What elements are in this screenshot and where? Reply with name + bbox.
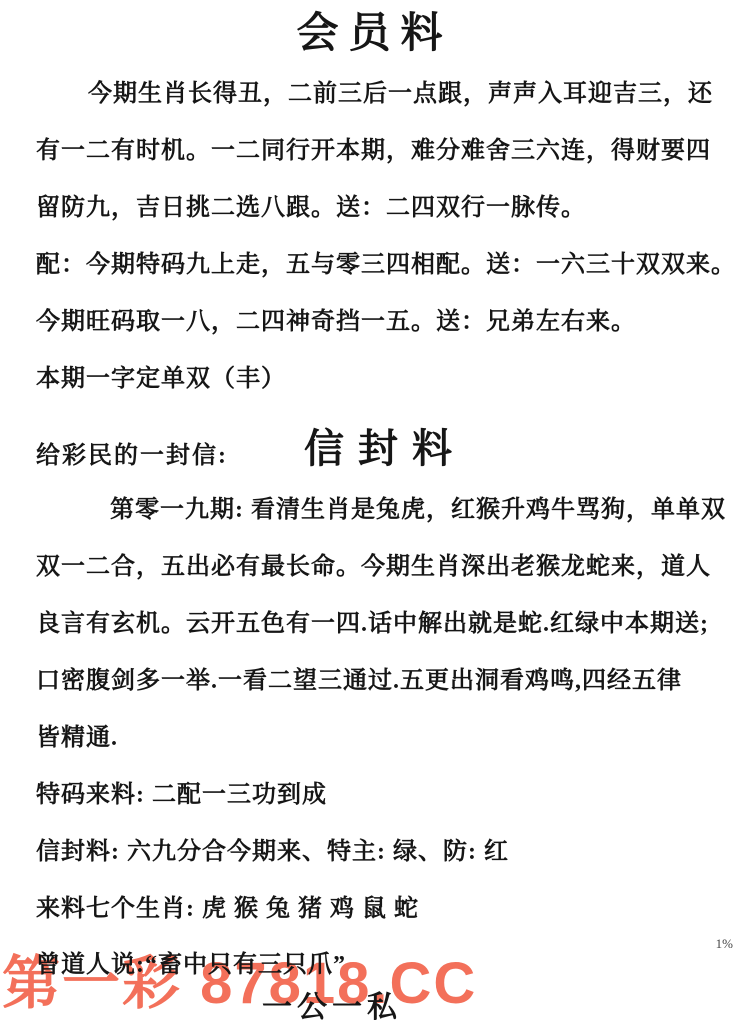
text-line: 皆精通. bbox=[36, 710, 749, 767]
footer-quote-line: 曾道人说:“畜中只有三只爪” bbox=[36, 944, 346, 979]
text-line: 今期生肖长得丑，二前三后一点跟，声声入耳迎吉三，还 bbox=[88, 66, 749, 123]
text-line: 本期一字定单双（丰） bbox=[36, 351, 749, 408]
text-line: 良言有玄机。云开五色有一四.话中解出就是蛇.红绿中本期送; bbox=[36, 596, 749, 653]
text-line: 来料七个生肖: 虎 猴 兔 猪 鸡 鼠 蛇 bbox=[36, 881, 749, 938]
footer-area: 曾道人说:“畜中只有三只爪” 1% 第一彩 87818.CC 一公一私 bbox=[0, 938, 749, 1024]
envelope-section-title: 信封料 bbox=[304, 417, 466, 474]
footer-bottom-phrase: 一公一私 bbox=[262, 982, 402, 1024]
text-line: 今期旺码取一八，二四神奇挡一五。送：兄弟左右来。 bbox=[36, 294, 749, 351]
scanned-document-page: 会员料 今期生肖长得丑，二前三后一点跟，声声入耳迎吉三，还 有一二有时机。一二同… bbox=[0, 0, 749, 1024]
envelope-intro-label: 给彩民的一封信: bbox=[36, 421, 228, 470]
text-line: 配：今期特码九上走，五与零三四相配。送：一六三十双双来。 bbox=[36, 237, 749, 294]
text-line: 双一二合，五出必有最长命。今期生肖深出老猴龙蛇来，道人 bbox=[36, 539, 749, 596]
text-line: 有一二有时机。一二同行开本期，难分难舍三六连，得财要四 bbox=[36, 123, 749, 180]
text-line: 第零一九期: 看清生肖是兔虎，红猴升鸡牛骂狗，单单双 bbox=[110, 482, 749, 539]
text-line: 口密腹剑多一举.一看二望三通过.五更出洞看鸡鸣,四经五律 bbox=[36, 653, 749, 710]
text-line: 特码来料: 二配一三功到成 bbox=[36, 767, 749, 824]
corner-mark: 1% bbox=[716, 936, 733, 952]
member-section-title: 会员料 bbox=[0, 0, 749, 66]
text-line: 信封料: 六九分合今期来、特主: 绿、防: 红 bbox=[36, 824, 749, 881]
envelope-section-header: 给彩民的一封信: 信封料 bbox=[36, 408, 749, 482]
text-line: 留防九，吉日挑二选八跟。送：二四双行一脉传。 bbox=[36, 180, 749, 237]
